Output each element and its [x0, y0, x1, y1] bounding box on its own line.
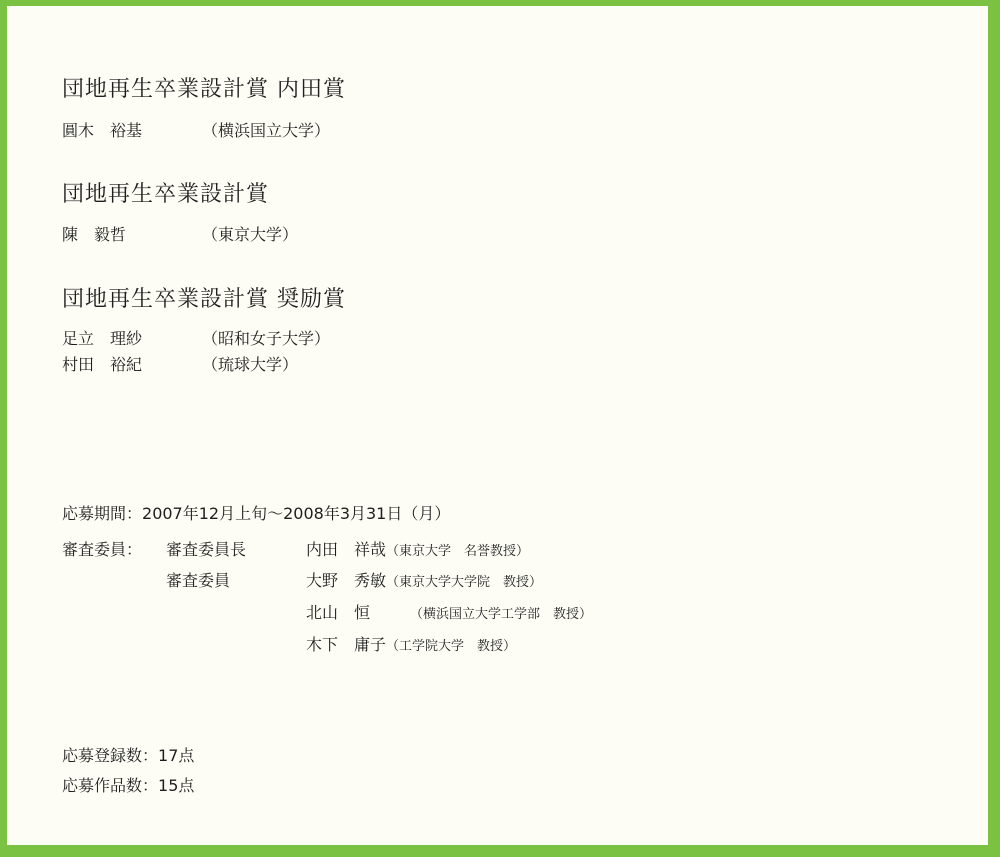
- stat-label: 応募登録数：: [62, 746, 158, 765]
- jury-name: 大野 秀敏（東京大学大学院 教授）: [306, 568, 542, 591]
- winner-name: 圓木 裕基: [62, 118, 142, 141]
- period-value: 2007年12月上旬～2008年3月31日（月）: [142, 504, 450, 523]
- period-label: 応募期間：: [62, 504, 142, 523]
- winner-name: 足立 理紗: [62, 326, 142, 349]
- jury-role: 審査委員長: [166, 537, 246, 560]
- winner-name: 村田 裕紀: [62, 352, 142, 375]
- award-title-uchida: 団地再生卒業設計賞 内田賞: [62, 72, 346, 103]
- stat-label: 応募作品数：: [62, 776, 158, 795]
- winner-name: 陳 毅哲: [62, 222, 126, 245]
- jury-name: 内田 祥哉（東京大学 名誉教授）: [306, 537, 529, 560]
- award-title-encouragement: 団地再生卒業設計賞 奨励賞: [62, 282, 346, 313]
- jury-member-affiliation: （東京大学大学院 教授）: [386, 575, 542, 590]
- jury-member-name: 大野 秀敏: [306, 571, 386, 590]
- winner-row: 圓木 裕基 （横浜国立大学）: [62, 118, 462, 141]
- submission-count: 応募作品数：15点: [62, 773, 194, 796]
- award-title-main: 団地再生卒業設計賞: [62, 177, 269, 208]
- winner-affiliation: （昭和女子大学）: [202, 326, 330, 349]
- winner-affiliation: （横浜国立大学）: [202, 118, 330, 141]
- stat-value: 15点: [158, 776, 194, 795]
- winner-affiliation: （琉球大学）: [202, 352, 298, 375]
- jury-member-affiliation: （東京大学 名誉教授）: [386, 544, 529, 559]
- registration-count: 応募登録数：17点: [62, 743, 194, 766]
- winner-row: 足立 理紗 （昭和女子大学）: [62, 326, 462, 349]
- jury-member-affiliation: （工学院大学 教授）: [386, 639, 516, 654]
- winner-row: 陳 毅哲 （東京大学）: [62, 222, 462, 245]
- jury-role: 審査委員: [166, 568, 230, 591]
- application-period: 応募期間：2007年12月上旬～2008年3月31日（月）: [62, 501, 450, 524]
- winner-affiliation: （東京大学）: [202, 222, 298, 245]
- jury-name: 北山 恒（横浜国立大学工学部 教授）: [306, 600, 592, 623]
- jury-label: 審査委員：: [62, 537, 142, 560]
- jury-member-affiliation: （横浜国立大学工学部 教授）: [410, 607, 592, 622]
- stat-value: 17点: [158, 746, 194, 765]
- jury-member-name: 内田 祥哉: [306, 540, 386, 559]
- jury-member-name: 木下 庸子: [306, 635, 386, 654]
- jury-name: 木下 庸子（工学院大学 教授）: [306, 632, 516, 655]
- winner-row: 村田 裕紀 （琉球大学）: [62, 352, 462, 375]
- jury-member-name: 北山 恒: [306, 600, 410, 623]
